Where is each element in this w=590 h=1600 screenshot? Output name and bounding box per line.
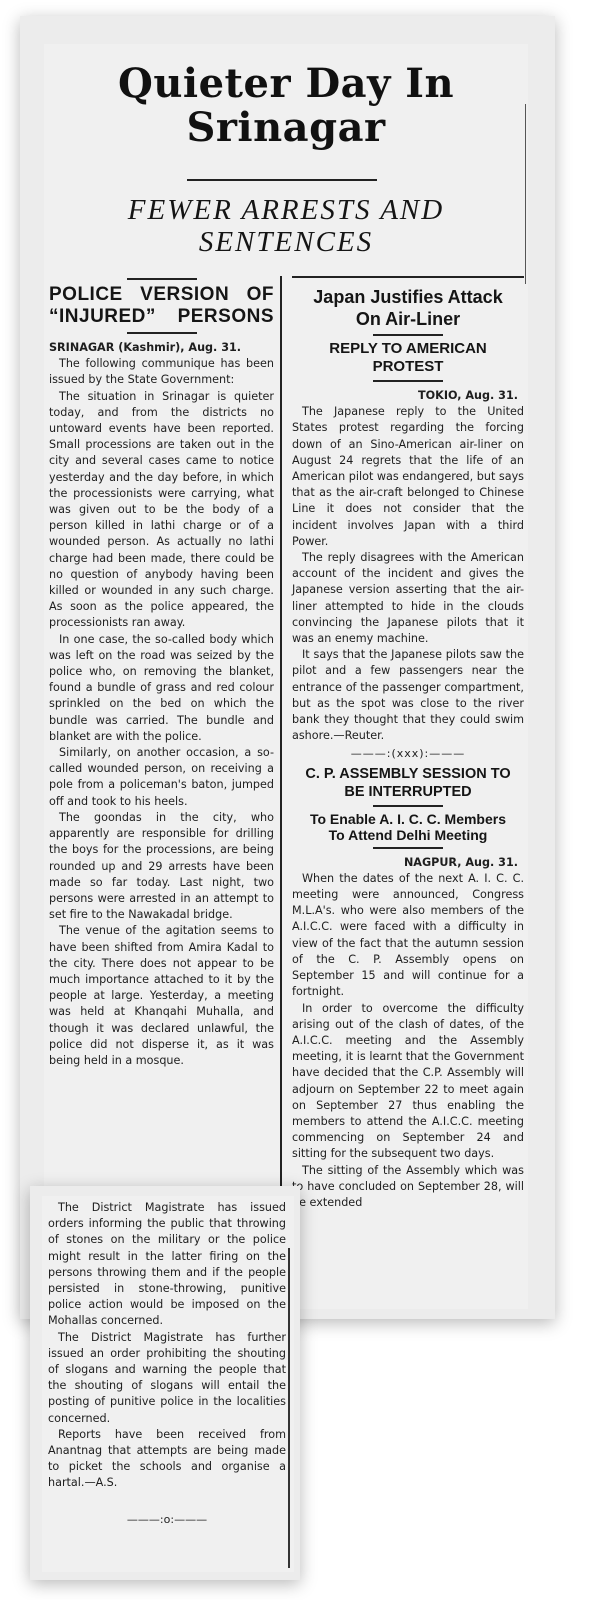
japan-subheading-line-1: REPLY TO AMERICAN	[292, 340, 524, 358]
section-rule	[127, 332, 197, 334]
paragraph: The District Magistrate has issued order…	[48, 1200, 286, 1330]
end-ornament: ———:o:———	[48, 1512, 286, 1528]
section-rule	[373, 847, 443, 849]
right-column-articles: Japan Justifies Attack On Air-Liner REPL…	[292, 276, 524, 1211]
subheadline: FEWER ARRESTS AND SENTENCES	[44, 194, 528, 258]
newspaper-continuation: The District Magistrate has issued order…	[42, 1196, 294, 1572]
paragraph: It says that the Japanese pilots saw the…	[292, 647, 524, 744]
dateline: TOKIO, Aug. 31.	[292, 388, 524, 404]
paragraph: In one case, the so-called body which wa…	[49, 632, 274, 745]
headline-line-1: Quieter Day In	[44, 62, 528, 106]
paragraph: The District Magistrate has further issu…	[48, 1330, 286, 1427]
paragraph: The sitting of the Assembly which was to…	[292, 1163, 524, 1212]
subheadline-line-2: SENTENCES	[44, 226, 528, 258]
main-headline: Quieter Day In Srinagar	[44, 62, 528, 150]
article-separator: ———:(xxx):———	[292, 746, 524, 762]
japan-heading-line-1: Japan Justifies Attack	[292, 286, 524, 308]
japan-heading-line-2: On Air-Liner	[292, 308, 524, 330]
section-rule	[373, 805, 443, 807]
subheadline-line-1: FEWER ARRESTS AND	[44, 194, 528, 226]
clipping-continuation: The District Magistrate has issued order…	[30, 1186, 300, 1580]
left-article-heading: POLICE VERSION OF “INJURED” PERSONS	[49, 284, 274, 328]
left-heading-line-1: POLICE VERSION OF	[49, 284, 274, 306]
assembly-article-heading: C. P. ASSEMBLY SESSION TO BE INTERRUPTED	[292, 765, 524, 801]
japan-subheading-line-2: PROTEST	[292, 358, 524, 376]
assembly-heading-line-1: C. P. ASSEMBLY SESSION TO	[292, 765, 524, 783]
paragraph: Similarly, on another occasion, a so-cal…	[49, 745, 274, 810]
dateline: NAGPUR, Aug. 31.	[292, 855, 524, 871]
assembly-article-subheading: To Enable A. I. C. C. Members To Attend …	[292, 811, 524, 843]
continuation-text: The District Magistrate has issued order…	[48, 1200, 286, 1528]
paragraph: In order to overcome the difficulty aris…	[292, 1001, 524, 1163]
headline-rule	[187, 179, 377, 181]
clipping-main: Quieter Day In Srinagar FEWER ARRESTS AN…	[20, 16, 555, 1319]
paragraph: Reports have been received from Anantnag…	[48, 1427, 286, 1492]
top-rule	[292, 276, 524, 278]
newspaper-page: Quieter Day In Srinagar FEWER ARRESTS AN…	[44, 44, 528, 1309]
assembly-heading-line-2: BE INTERRUPTED	[292, 783, 524, 801]
left-heading-line-2: “INJURED” PERSONS	[49, 306, 274, 328]
section-rule	[127, 278, 197, 280]
column-rule	[288, 1248, 290, 1568]
headline-line-2: Srinagar	[44, 106, 528, 150]
paragraph: The reply disagrees with the American ac…	[292, 550, 524, 647]
section-rule	[373, 380, 443, 382]
japan-article-subheading: REPLY TO AMERICAN PROTEST	[292, 340, 524, 376]
paragraph: The Japanese reply to the United States …	[292, 404, 524, 550]
column-divider	[280, 276, 282, 1196]
paragraph: When the dates of the next A. I. C. C. m…	[292, 871, 524, 1001]
left-column-article: POLICE VERSION OF “INJURED” PERSONS SRIN…	[49, 286, 274, 1069]
paragraph: The goondas in the city, who apparently …	[49, 810, 274, 923]
paragraph: The venue of the agitation seems to have…	[49, 923, 274, 1069]
paragraph: The following communique has been issued…	[49, 356, 274, 388]
paragraph: The situation in Srinagar is quieter tod…	[49, 389, 274, 632]
assembly-subheading-line-1: To Enable A. I. C. C. Members	[292, 811, 524, 827]
japan-article-heading: Japan Justifies Attack On Air-Liner	[292, 286, 524, 330]
assembly-subheading-line-2: To Attend Delhi Meeting	[292, 827, 524, 843]
section-rule	[373, 334, 443, 336]
dateline: SRINAGAR (Kashmir), Aug. 31.	[49, 340, 274, 356]
